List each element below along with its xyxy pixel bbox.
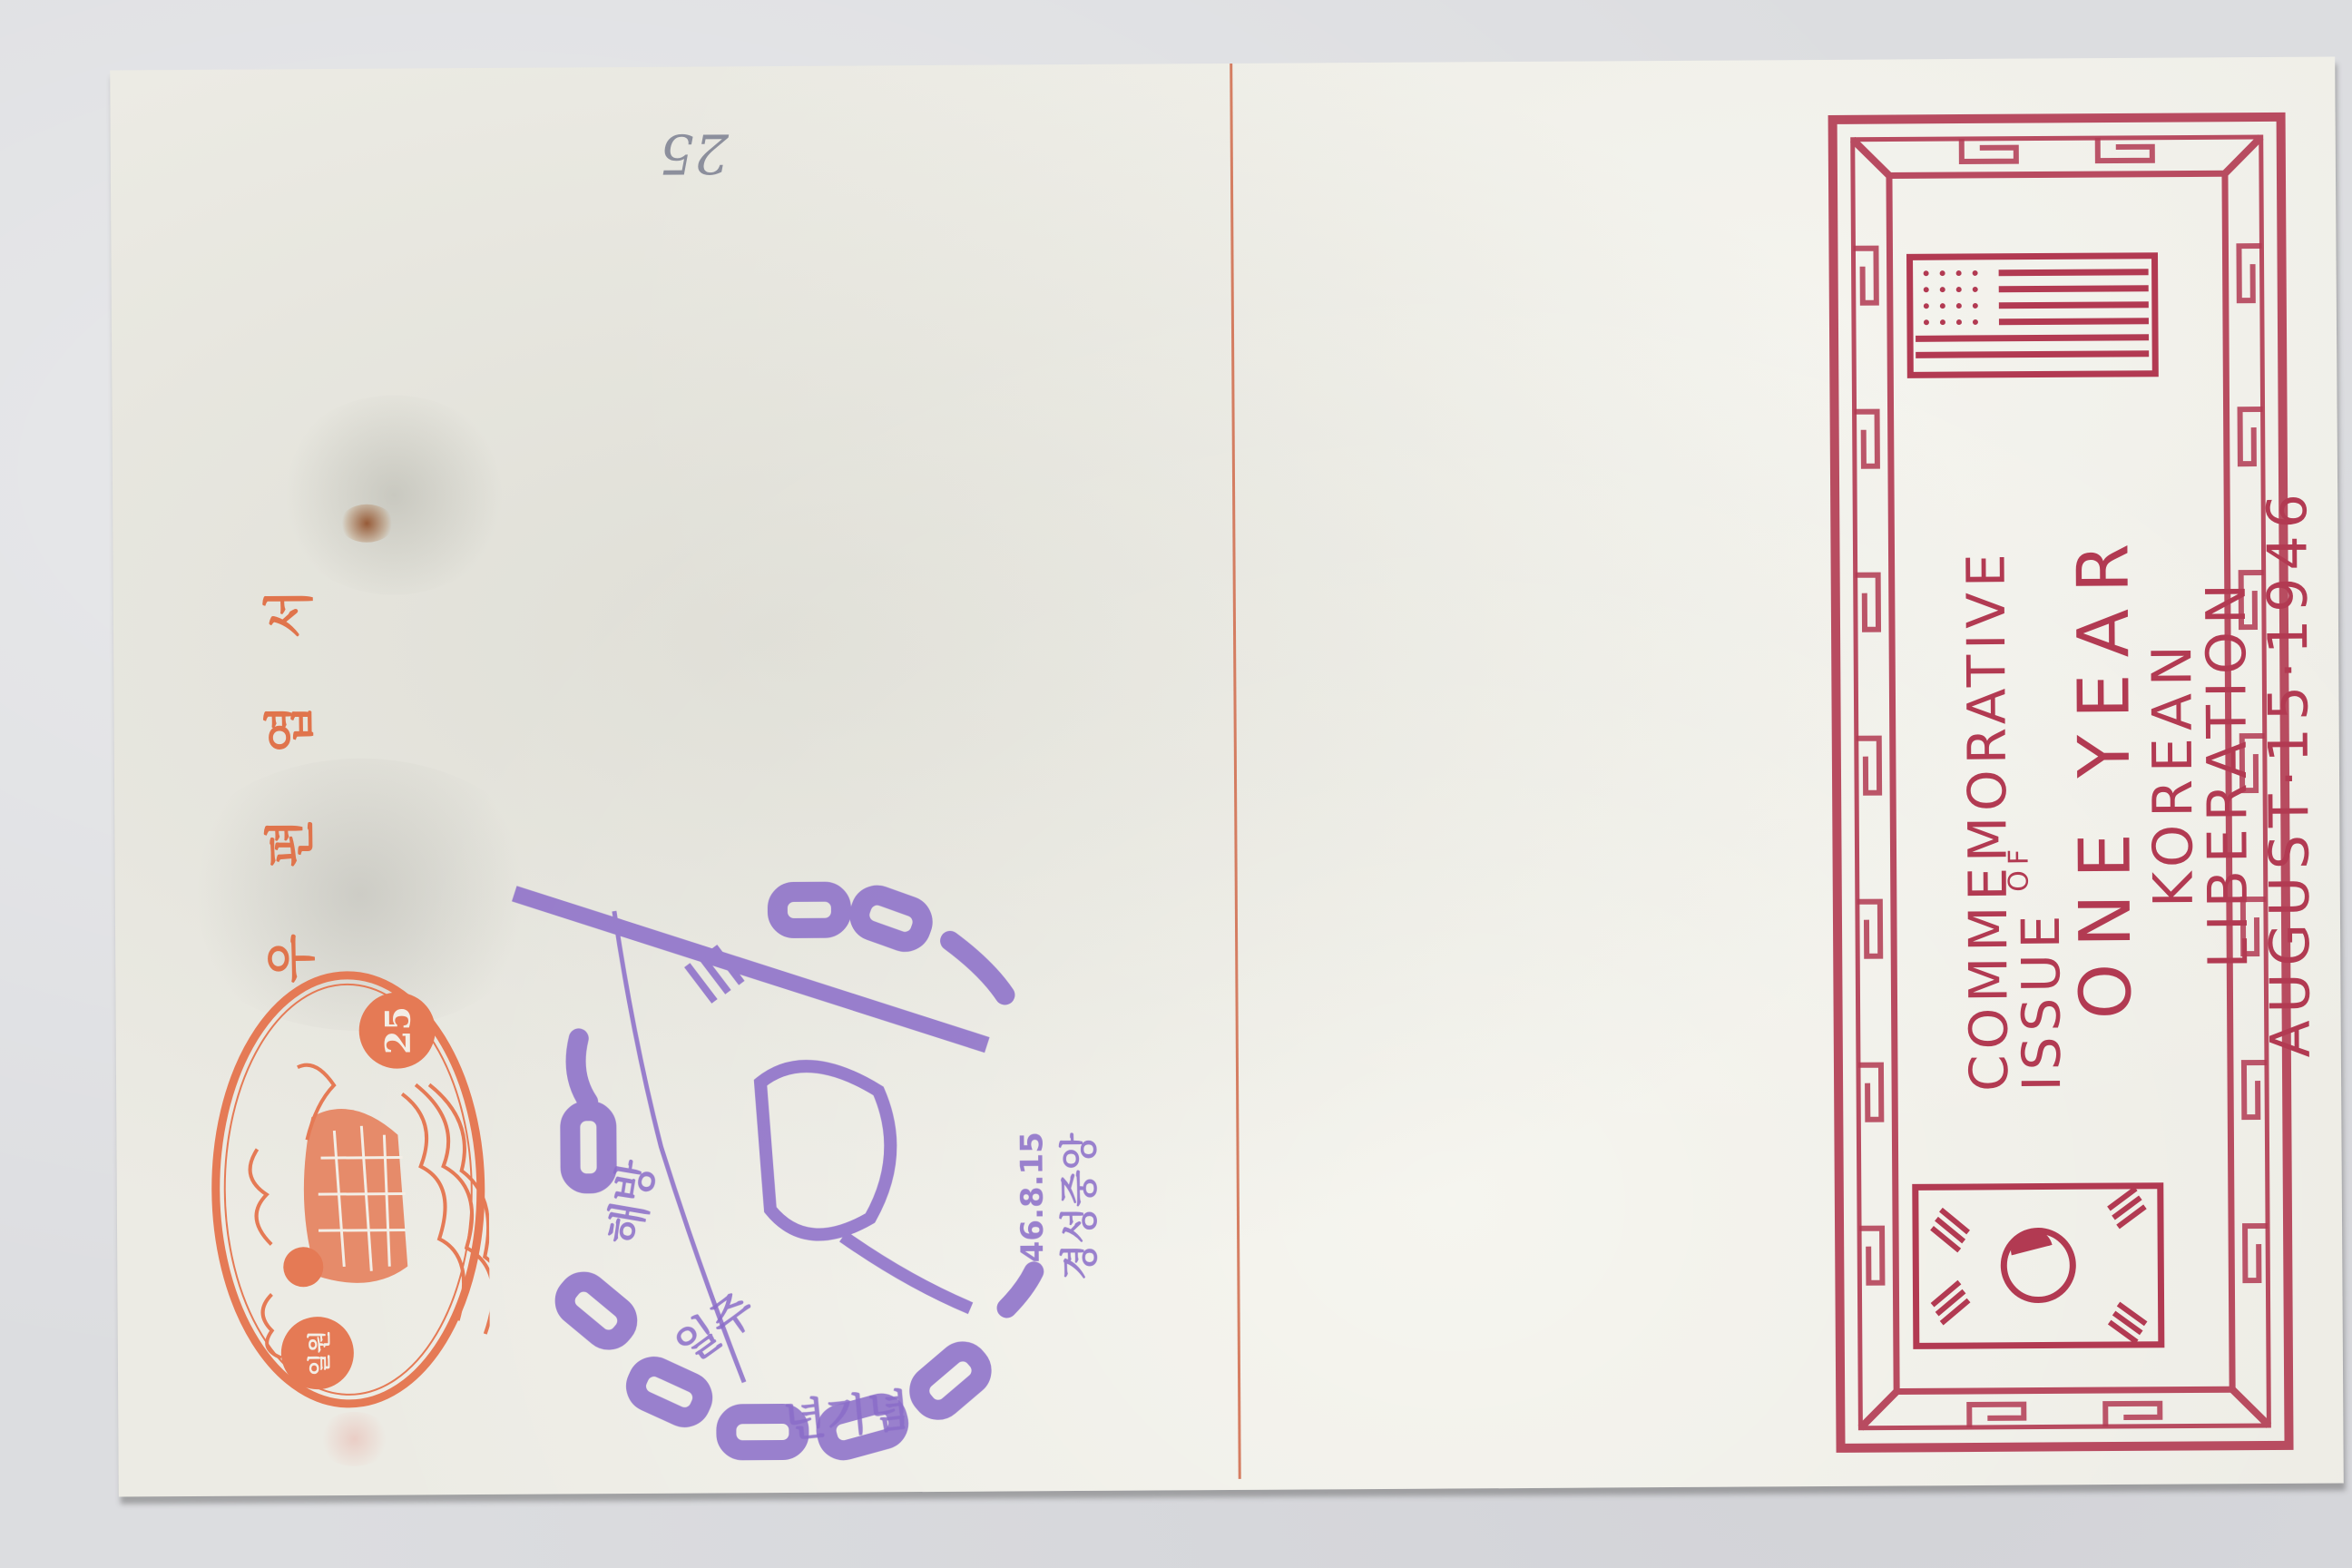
greek-key-border-icon [1826, 110, 2297, 1455]
cancel-office: 경성중앙 [1056, 1132, 1102, 1280]
address-divider-line [1230, 64, 1241, 1479]
svg-text:일주: 일주 [666, 1283, 765, 1374]
pencil-note: 25 [660, 121, 730, 184]
card-heading: 우 편 엽 서 [250, 577, 325, 995]
taegukgi-flag-icon [1916, 1186, 2161, 1347]
heading-char: 편 [250, 818, 323, 868]
us-flag-icon [1910, 256, 2156, 376]
heading-char: 엽 [250, 704, 322, 754]
denomination-text: 25 [377, 1006, 418, 1054]
turtle-ship-icon: 25 일원 [206, 966, 490, 1413]
postal-card: 25 우 편 엽 서 25 일원 [110, 57, 2344, 1497]
grime-stain [275, 395, 512, 596]
commemorative-cachet: COMMEMORATIVE ISSUEOF ONE YEAR KOREAN LI… [1826, 110, 2297, 1455]
heading-char: 서 [250, 589, 322, 639]
svg-text:일원: 일원 [306, 1330, 334, 1376]
rust-spot [339, 505, 394, 543]
pink-spot [318, 1412, 390, 1466]
cancel-date: 46.8.15 [1014, 1132, 1051, 1262]
broken-chain-torch-icon: 해방 일주 년기념 46.8.15 경성중앙 [478, 854, 1135, 1511]
